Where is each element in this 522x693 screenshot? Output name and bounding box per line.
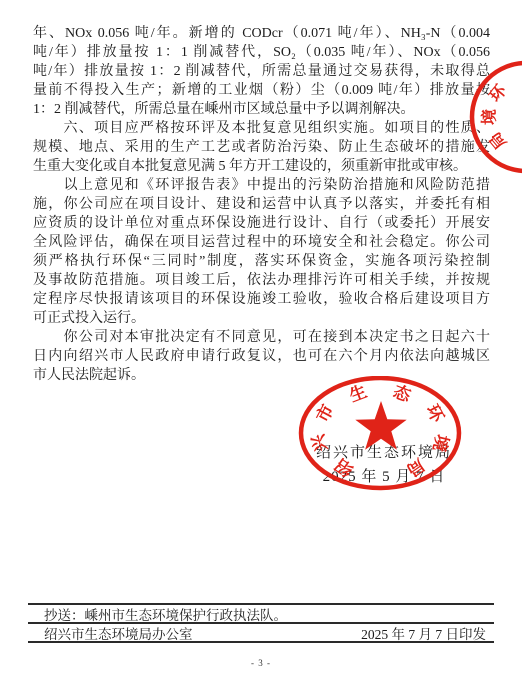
body-text-line: 可正式投入运行。: [33, 309, 490, 328]
page-number: - 3 -: [0, 658, 522, 668]
edge-seal: 环境局: [452, 55, 522, 185]
seal-star-icon: [355, 401, 406, 450]
seal-ring-char: 境: [429, 432, 452, 453]
body-text-line: 全风险评估，确保在项目运营过程中的环境安全和社会稳定。你公司: [33, 233, 490, 252]
body-text-line: 1：2 削减替代，所需总量在嵊州市区域总量中予以调剂解决。: [33, 100, 490, 119]
official-seal: 绍兴市生态环境局: [297, 376, 467, 500]
footer-print-date: 2025 年 7 月 7 日印发: [361, 623, 486, 643]
body-text-line: 量前不得投入生产；新增的工业烟（粉）尘（0.009 吨/年）排放量按: [33, 81, 490, 100]
edge-seal-char: 环: [486, 81, 511, 106]
edge-seal-char: 境: [480, 109, 499, 125]
body-text-line: 施，你公司应在项目设计、建设和运营中认真予以落实，并委托有相: [33, 195, 490, 214]
body-text-line: 及事故防范措施。项目竣工后，依法办理排污许可相关手续，并按规: [33, 271, 490, 290]
seal-ring-char: 市: [312, 401, 338, 425]
seal-ring-char: 环: [422, 401, 447, 426]
body-text-line: 日内向绍兴市人民政府申请行政复议，也可在六个月内依法向越城区: [33, 347, 490, 366]
body-text-line: 规模、地点、采用的生产工艺或者防治污染、防止生态破坏的措施发: [33, 138, 490, 157]
edge-seal-char: 局: [486, 129, 510, 153]
document-footer: 抄送：嵊州市生态环境保护行政执法队。 绍兴市生态环境局办公室 2025 年 7 …: [28, 603, 494, 643]
body-text-line: 应资质的设计单位对重点环保设施进行设计、自行（或委托）开展安: [33, 214, 490, 233]
body-text-line: 吨/年）排放量按 1：2 削减替代，所需总量通过交易获得，未取得总: [33, 62, 490, 81]
cc-line: 抄送：嵊州市生态环境保护行政执法队。: [44, 604, 287, 624]
body-text-line: 年、NOx 0.056 吨/年。新增的 CODcr（0.071 吨/年）、NH₃…: [33, 24, 490, 43]
body-text-line: 你公司对本审批决定有不同意见，可在接到本决定书之日起六十: [33, 328, 490, 347]
seal-ring: 绍兴市生态环境局: [301, 378, 459, 488]
seal-ring-char: 生: [346, 381, 369, 406]
body-text-line: 须严格执行环保“三同时”制度，落实环保资金，实施各项污染控制: [33, 252, 490, 271]
body-text-line: 吨/年）排放量按 1：1 削减替代，SO₂（0.035 吨/年）、NOx（0.0…: [33, 43, 490, 62]
body-text-line: 以上意见和《环评报告表》中提出的污染防治措施和风险防范措: [33, 176, 490, 195]
footer-issuer: 绍兴市生态环境局办公室: [44, 623, 193, 643]
body-text: 年、NOx 0.056 吨/年。新增的 CODcr（0.071 吨/年）、NH₃…: [33, 24, 490, 385]
body-text-line: 六、项目应严格按环评及本批复意见组织实施。如项目的性质、: [33, 119, 490, 138]
body-text-line: 生重大变化或自本批复意见满 5 年方开工建设的，须重新审批或审核。: [33, 157, 490, 176]
seal-ring-char: 兴: [308, 431, 331, 453]
body-text-line: 定程序尽快报请该项目的环保设施竣工验收，验收合格后建设项目方: [33, 290, 490, 309]
document-page: 年、NOx 0.056 吨/年。新增的 CODcr（0.071 吨/年）、NH₃…: [0, 0, 522, 693]
seal-ring-char: 态: [391, 381, 415, 406]
